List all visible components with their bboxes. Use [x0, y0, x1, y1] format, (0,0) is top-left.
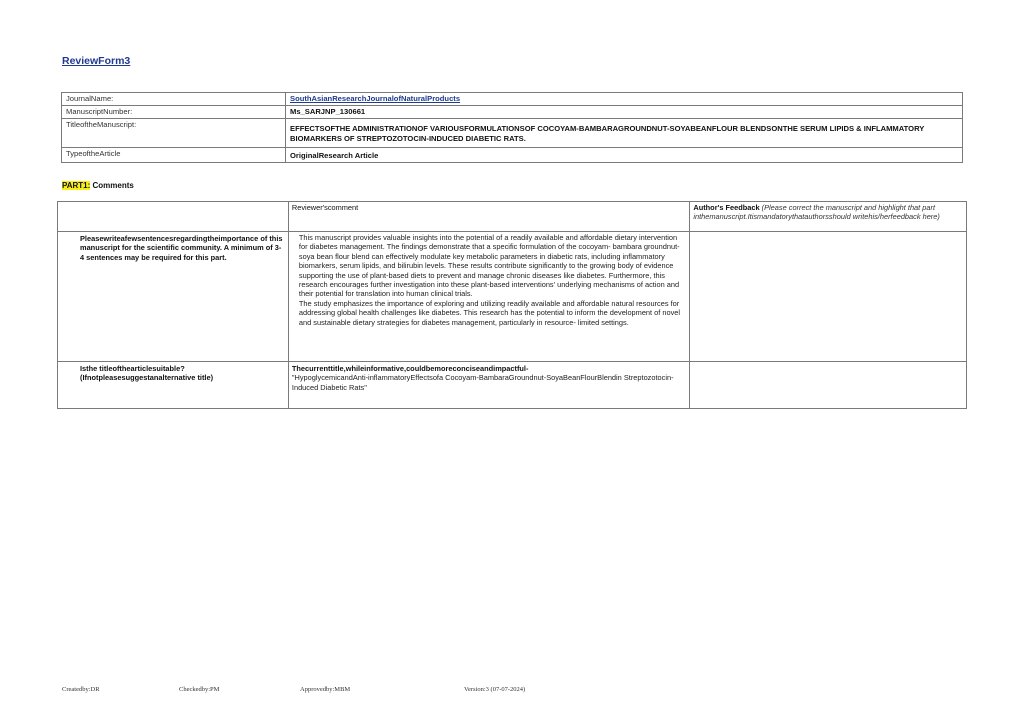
comment-title-lead: Thecurrenttitle,whileinformative,couldbe… — [292, 364, 686, 373]
author-feedback-importance[interactable] — [690, 232, 967, 362]
table-row: Isthe titleofthearticlesuitable? (Ifnotp… — [58, 362, 967, 409]
info-row-journal: JournalName: SouthAsianResearchJournalof… — [62, 93, 963, 106]
comment-paragraph: This manuscript provides valuable insigh… — [299, 233, 686, 299]
form-title[interactable]: ReviewForm3 — [62, 55, 130, 67]
footer-created-by: Createdby:DR — [62, 686, 100, 693]
manuscript-info-table: JournalName: SouthAsianResearchJournalof… — [61, 92, 963, 163]
header-empty — [58, 202, 289, 232]
comment-paragraph: The study emphasizes the importance of e… — [299, 299, 686, 327]
part1-highlight: PART1: — [62, 181, 90, 190]
question-importance: Pleasewriteafewsentencesregardingtheimpo… — [58, 232, 289, 362]
footer-approved-by: Approvedby:MBM — [300, 686, 350, 693]
comments-header-row: Reviewer'scomment Author's Feedback (Ple… — [58, 202, 967, 232]
table-row: Pleasewriteafewsentencesregardingtheimpo… — [58, 232, 967, 362]
comment-title-suggestion: "HypoglycemicandAnti-inflammatoryEffects… — [292, 373, 686, 392]
comments-table: Reviewer'scomment Author's Feedback (Ple… — [57, 201, 967, 409]
manuscript-number-value: Ms_SARJNP_130661 — [286, 106, 963, 119]
author-feedback-title: Author's Feedback — [693, 203, 759, 212]
info-row-type: TypeoftheArticle OriginalResearch Articl… — [62, 148, 963, 163]
info-row-title: TitleoftheManuscript: EFFECTSOFTHE ADMIN… — [62, 119, 963, 148]
title-value: EFFECTSOFTHE ADMINISTRATIONOF VARIOUSFOR… — [286, 119, 963, 148]
reviewer-comment-importance[interactable]: This manuscript provides valuable insigh… — [288, 232, 689, 362]
reviewer-comment-title[interactable]: Thecurrenttitle,whileinformative,couldbe… — [288, 362, 689, 409]
manuscript-number-label: ManuscriptNumber: — [62, 106, 286, 119]
author-feedback-title-cell[interactable] — [690, 362, 967, 409]
type-value: OriginalResearch Article — [286, 148, 963, 163]
journal-name-label: JournalName: — [62, 93, 286, 106]
journal-name-link[interactable]: SouthAsianResearchJournalofNaturalProduc… — [290, 94, 460, 103]
header-author-feedback: Author's Feedback (Please correct the ma… — [690, 202, 967, 232]
part1-heading-text: Comments — [90, 181, 134, 190]
type-label: TypeoftheArticle — [62, 148, 286, 163]
footer-checked-by: Checkedby:PM — [179, 686, 219, 693]
part1-heading: PART1: Comments — [62, 181, 134, 190]
header-reviewer-comment: Reviewer'scomment — [288, 202, 689, 232]
title-label: TitleoftheManuscript: — [62, 119, 286, 148]
info-row-manuscript-number: ManuscriptNumber: Ms_SARJNP_130661 — [62, 106, 963, 119]
question-title-suitable: Isthe titleofthearticlesuitable? (Ifnotp… — [58, 362, 289, 409]
footer-version: Version:3 (07-07-2024) — [464, 686, 525, 693]
